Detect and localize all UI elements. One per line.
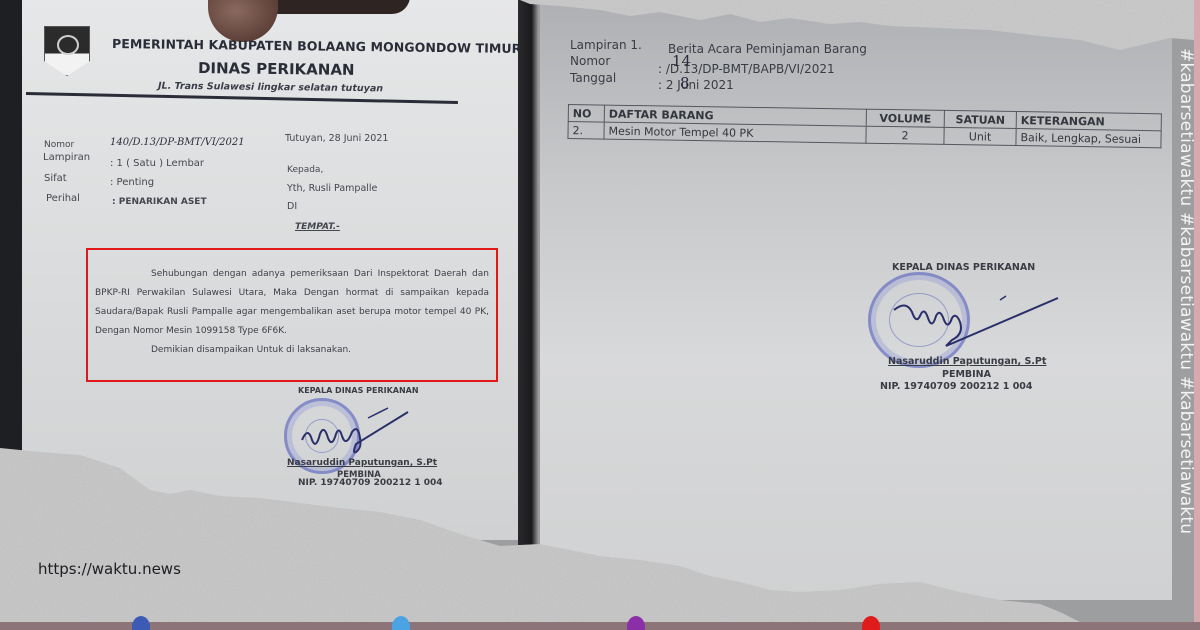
- hashtag-watermark: #kabarsetiawaktu #kabarsetiawaktu #kabar…: [1172, 48, 1196, 598]
- footer-bar: [0, 622, 1200, 630]
- torn-paper-overlay: [0, 0, 1200, 630]
- edge-accent: [1194, 0, 1200, 630]
- website-url[interactable]: https://waktu.news: [38, 560, 181, 578]
